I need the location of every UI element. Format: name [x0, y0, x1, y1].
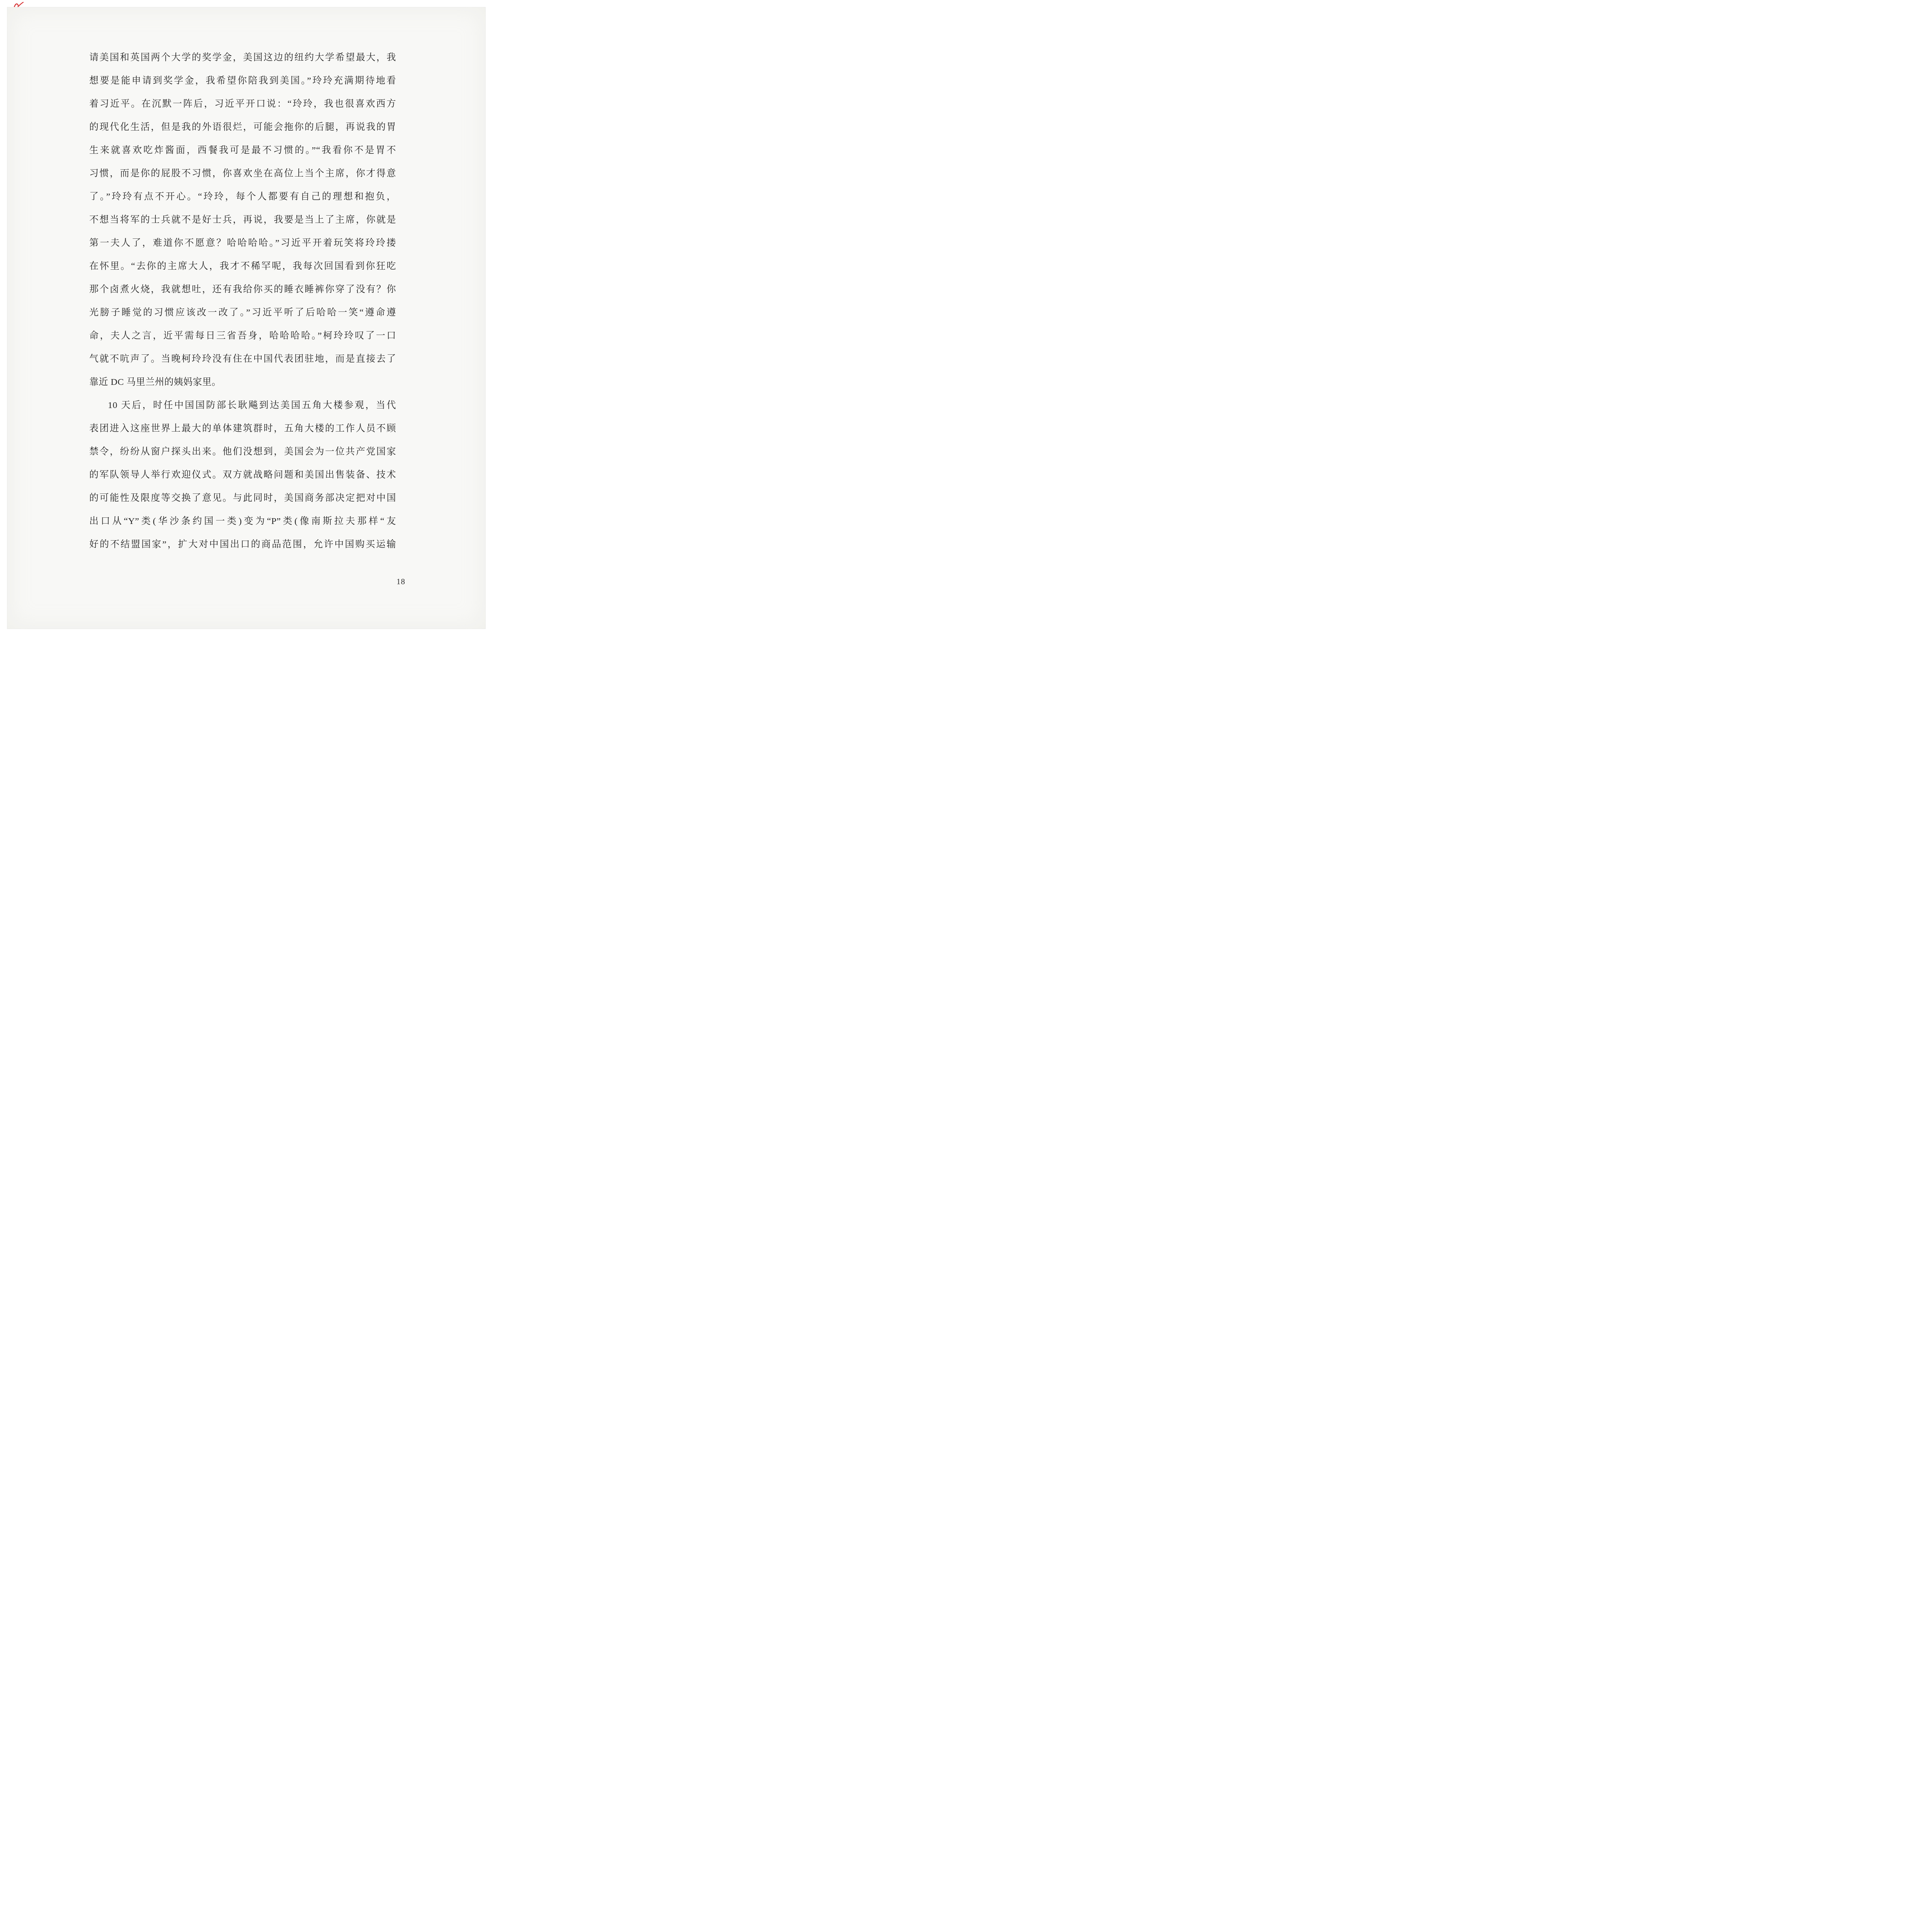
document-text: 请美国和英国两个大学的奖学金，美国这边的纽约大学希望最大，我想要是能申请到奖学金…: [89, 46, 396, 556]
page-number: 18: [396, 577, 405, 587]
text-line: 出口从“Y”类(华沙条约国一类)变为“P”类(像南斯拉夫那样“友: [89, 510, 396, 533]
text-line: 生来就喜欢吃炸酱面，西餐我可是最不习惯的。”“我看你不是胃不: [89, 139, 396, 162]
text-line: 第一夫人了，难道你不愿意？哈哈哈哈。”习近平开着玩笑将玲玲搂: [89, 231, 396, 255]
text-line: 的可能性及限度等交换了意见。与此同时，美国商务部决定把对中国: [89, 486, 396, 510]
text-line: 着习近平。在沉默一阵后，习近平开口说：“玲玲，我也很喜欢西方: [89, 92, 396, 116]
text-line: 那个卤煮火烧，我就想吐，还有我给你买的睡衣睡裤你穿了没有？你: [89, 278, 396, 301]
text-line: 的现代化生活，但是我的外语很烂，可能会拖你的后腿，再说我的胃: [89, 116, 396, 139]
text-line: 靠近 DC 马里兰州的姨妈家里。: [89, 371, 396, 394]
paragraph: 请美国和英国两个大学的奖学金，美国这边的纽约大学希望最大，我想要是能申请到奖学金…: [89, 46, 396, 394]
text-line: 表团进入这座世界上最大的单体建筑群时，五角大楼的工作人员不顾: [89, 417, 396, 440]
text-line: 了。”玲玲有点不开心。“玲玲，每个人都要有自己的理想和抱负，: [89, 185, 396, 208]
text-line: 10 天后，时任中国国防部长耿飚到达美国五角大楼参观，当代: [89, 394, 396, 417]
text-line: 的军队领导人举行欢迎仪式。双方就战略问题和美国出售装备、技术: [89, 463, 396, 486]
text-line: 在怀里。“去你的主席大人，我才不稀罕呢，我每次回国看到你狂吃: [89, 255, 396, 278]
text-line: 请美国和英国两个大学的奖学金，美国这边的纽约大学希望最大，我: [89, 46, 396, 69]
text-line: 气就不吭声了。当晚柯玲玲没有住在中国代表团驻地，而是直接去了: [89, 347, 396, 371]
paragraph: 10 天后，时任中国国防部长耿飚到达美国五角大楼参观，当代表团进入这座世界上最大…: [89, 394, 396, 556]
text-line: 命，夫人之言，近平需每日三省吾身，哈哈哈哈。”柯玲玲叹了一口: [89, 324, 396, 347]
text-line: 习惯，而是你的屁股不习惯，你喜欢坐在高位上当个主席，你才得意: [89, 162, 396, 185]
screenshot-root: { "page": { "number": "18", "paper_color…: [0, 0, 495, 637]
text-line: 光膀子睡觉的习惯应该改一改了。”习近平听了后哈哈一笑“遵命遵: [89, 301, 396, 324]
text-line: 禁令，纷纷从窗户探头出来。他们没想到，美国会为一位共产党国家: [89, 440, 396, 463]
scanned-page: 请美国和英国两个大学的奖学金，美国这边的纽约大学希望最大，我想要是能申请到奖学金…: [7, 7, 486, 629]
text-line: 好的不结盟国家”，扩大对中国出口的商品范围，允许中国购买运输: [89, 533, 396, 556]
text-line: 不想当将军的士兵就不是好士兵，再说，我要是当上了主席，你就是: [89, 208, 396, 231]
text-line: 想要是能申请到奖学金，我希望你陪我到美国。”玲玲充满期待地看: [89, 69, 396, 92]
